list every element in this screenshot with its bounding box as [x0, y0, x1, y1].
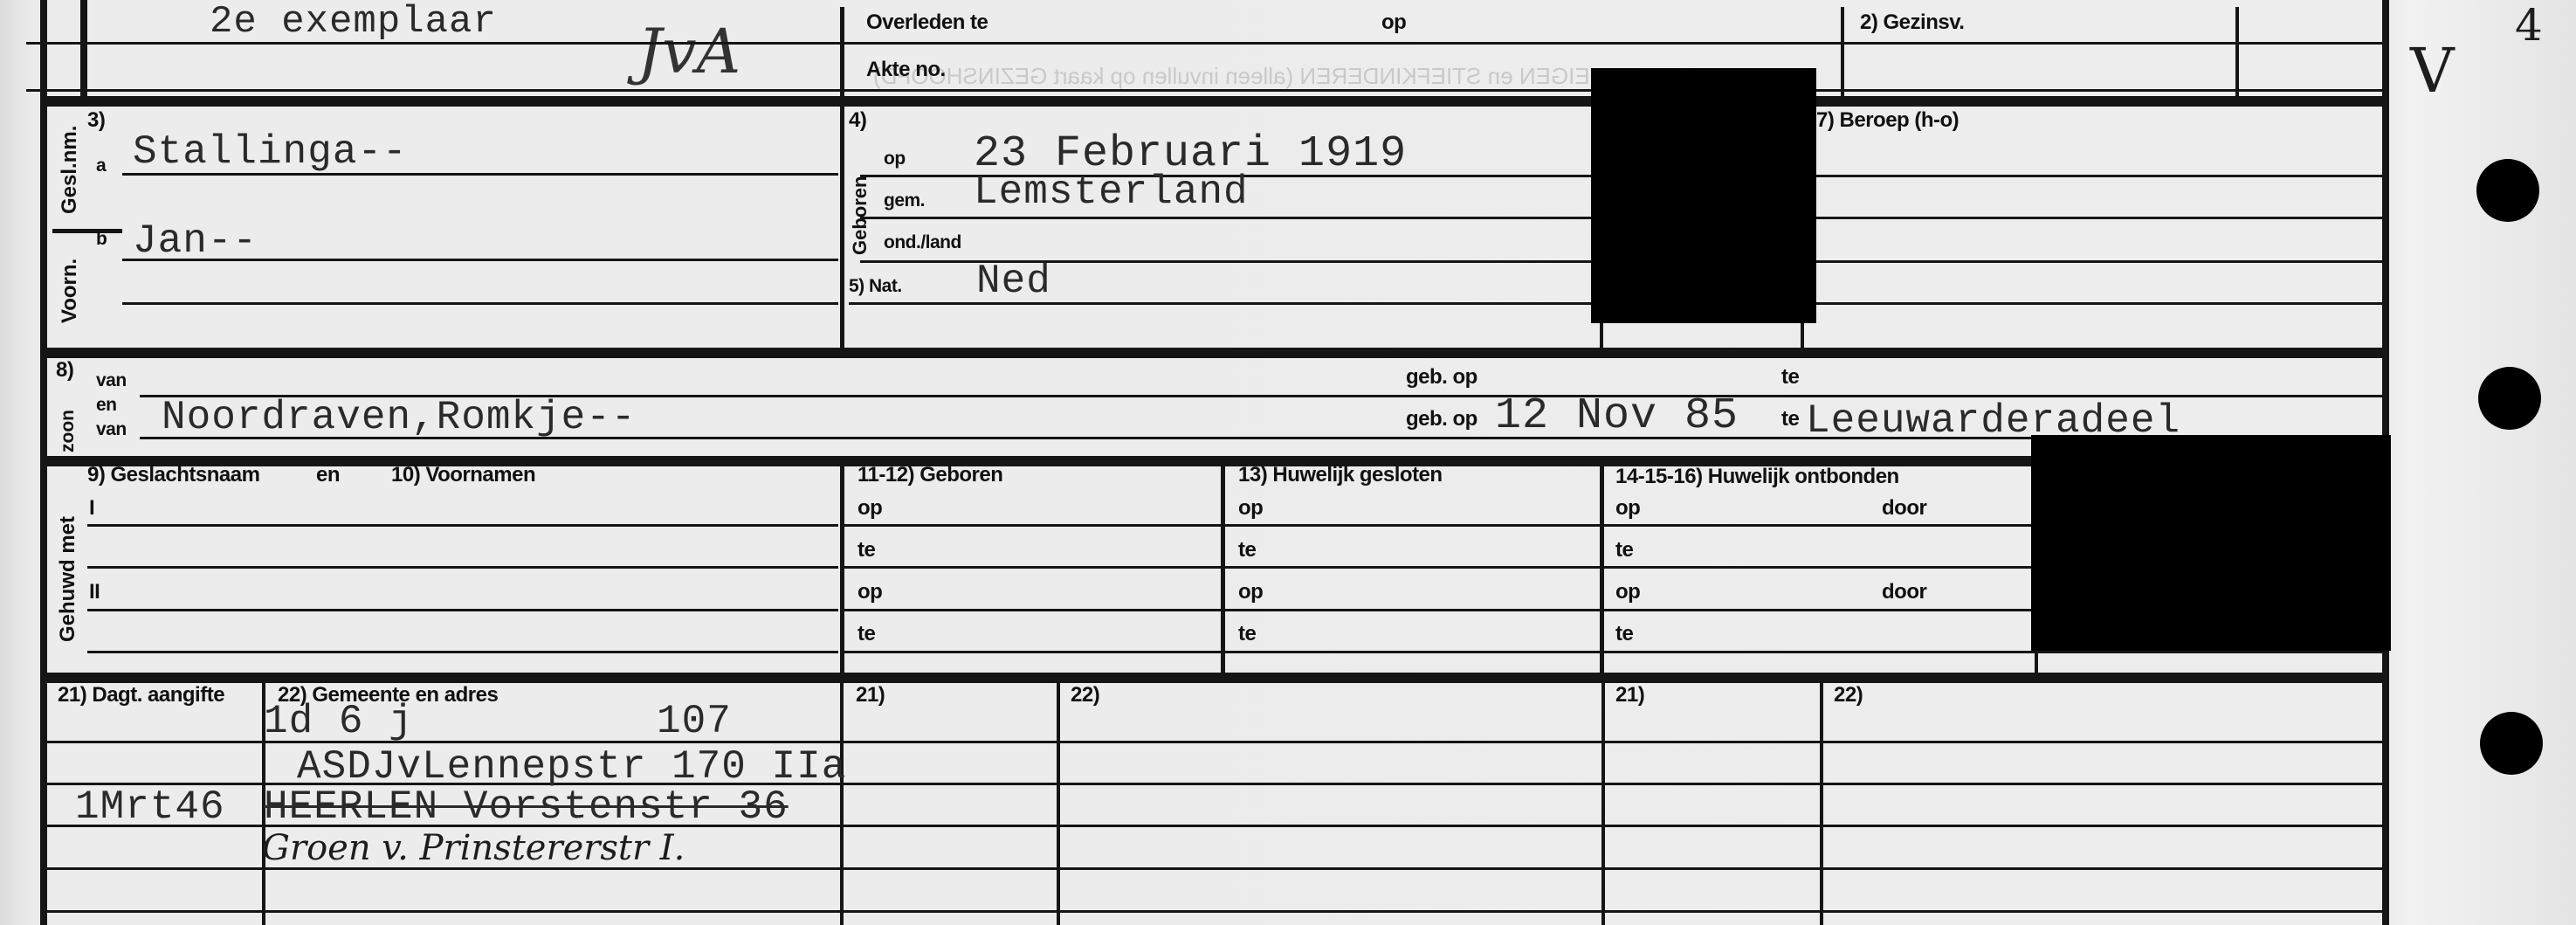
akte-no-label: Akte no.	[866, 58, 946, 82]
person-record-card: EIGEN en STIEFKINDEREN (alleen invullen …	[0, 0, 2576, 925]
voornamen-value[interactable]: Jan--	[133, 218, 258, 264]
header-bottom-rule	[44, 96, 2384, 107]
punch-hole-2	[2478, 367, 2541, 430]
gehuwd-met-side-label: Gehuwd met	[56, 516, 80, 642]
copy-label: 2e exemplaar	[210, 0, 497, 44]
beroep-line-1	[1816, 175, 2382, 177]
geboren-col-te-1: te	[858, 538, 875, 563]
overleden-te-label: Overleden te	[866, 10, 988, 35]
vader-geb-te-label: te	[1781, 365, 1799, 390]
margin-mark-v: V	[2410, 35, 2455, 107]
beroep-line-4	[1816, 302, 2382, 305]
punch-hole-1	[2476, 159, 2539, 222]
ontbonden-col-te-2: te	[1615, 622, 1633, 646]
initials-mark: JvA	[637, 16, 740, 87]
header-divider-gezinsv	[1841, 7, 1844, 99]
geboren-op-label: op	[884, 148, 906, 169]
geslachtsnaam-line	[122, 173, 838, 176]
ouders-en-label: en	[96, 395, 117, 416]
adres-divider-3	[1057, 681, 1060, 925]
adres-entry-1-extra[interactable]: 107	[657, 699, 732, 744]
adres-entry-2[interactable]: ASDJvLennepstr 170 IIa	[297, 744, 846, 790]
geboren-gem-label: gem.	[884, 190, 925, 211]
show-through-text: EIGEN en STIEFKINDEREN (alleen invullen …	[873, 63, 1590, 90]
geboren-side-label: Geboren	[849, 176, 871, 255]
nat-value[interactable]: Ned	[976, 259, 1051, 304]
col22b-header: 22)	[1071, 683, 1099, 708]
side-label-divider	[52, 229, 122, 233]
gehuwd-divider-2	[1221, 461, 1225, 678]
voornamen-header: 10) Voornamen	[391, 463, 535, 487]
header-divider-right	[2235, 7, 2239, 99]
geboren-gem-line	[860, 217, 1594, 219]
nat-line	[849, 302, 1594, 305]
adres-entry-3[interactable]: HEERLEN Vorstenstr 36	[264, 784, 789, 830]
section-8-number: 8)	[56, 358, 73, 383]
gehuwd-line-1	[87, 524, 838, 527]
gehuwd-divider-1	[840, 461, 844, 678]
voornamen-line-2	[122, 302, 838, 305]
geboren-col-op-2: op	[858, 580, 882, 604]
gesloten-col-op-1: op	[1238, 496, 1263, 521]
gesloten-col-te-1: te	[1238, 538, 1256, 563]
voornamen-line-1	[122, 259, 838, 261]
overleden-op-label: op	[1381, 10, 1406, 35]
geslachtsnaam-a-label: a	[96, 155, 106, 176]
moeder-value[interactable]: Noordraven,Romkje--	[162, 395, 637, 440]
adres-divider-4	[1601, 681, 1605, 925]
geboren-col-te-2: te	[858, 622, 875, 646]
gehuwd-line-3	[87, 609, 838, 611]
vader-geb-op-label: geb. op	[1406, 365, 1477, 390]
nat-label: 5) Nat.	[849, 276, 902, 297]
ontbonden-col-door-1: door	[1882, 496, 1926, 521]
gehuwd-divider-3	[1600, 461, 1604, 678]
header-row-line-2	[26, 89, 2384, 92]
ontbonden-col-door-2: door	[1882, 580, 1926, 604]
redaction-box-1	[1591, 68, 1816, 323]
gehuwd-en-label: en	[316, 463, 340, 487]
beroep-line-2	[1816, 217, 2382, 219]
adres-divider-2	[840, 681, 844, 925]
punch-hole-3	[2480, 712, 2543, 775]
gezinsv-label: 2) Gezinsv.	[1860, 10, 1964, 35]
moeder-geb-op-value[interactable]: 12 Nov 85	[1495, 391, 1739, 441]
margin-mark-4: 4	[2515, 0, 2543, 51]
moeder-geb-te-label: te	[1781, 407, 1799, 431]
zoon-side-label: zoon	[58, 410, 79, 452]
gehuwd-line-4	[87, 651, 838, 653]
header-row-line-1	[26, 42, 2384, 45]
adres-divider-5	[1820, 681, 1823, 925]
geslachtsnaam-header: 9) Geslachtsnaam	[87, 463, 259, 487]
gesloten-col-op-2: op	[1238, 580, 1263, 604]
row-I-label: I	[89, 496, 94, 521]
geboren-gem-value[interactable]: Lemsterland	[974, 169, 1249, 215]
moeder-geb-op-label: geb. op	[1406, 407, 1477, 431]
voorn-side-label: Voorn.	[58, 259, 82, 323]
header-divider-main	[840, 7, 844, 99]
ontbonden-col-te-1: te	[1615, 538, 1633, 563]
section-divider-main	[840, 103, 844, 349]
geboren-col-header: 11-12) Geboren	[858, 463, 1002, 487]
gehuwd-bottom-rule	[44, 673, 2384, 683]
section-4-number: 4)	[849, 108, 866, 133]
ontbonden-col-op-2: op	[1615, 580, 1640, 604]
gehuwd-right-line-4	[843, 651, 2384, 653]
beroep-label: 7) Beroep (h-o)	[1816, 108, 1959, 133]
vader-van-label: van	[96, 370, 127, 391]
dagt-aangifte-header: 21) Dagt. aangifte	[58, 683, 224, 708]
gesloten-col-te-2: te	[1238, 622, 1256, 646]
gehuwd-line-2	[87, 566, 838, 569]
ontbonden-col-header: 14-15-16) Huwelijk ontbonden	[1615, 465, 1899, 489]
geslachtsnaam-value[interactable]: Stallinga--	[133, 129, 408, 175]
geboren-col-op-1: op	[858, 496, 882, 521]
ontbonden-col-op-1: op	[1615, 496, 1640, 521]
row-II-label: II	[89, 580, 100, 604]
frame-left-inner	[80, 0, 87, 98]
col21b-header: 21)	[856, 683, 885, 708]
section-3-number: 3)	[87, 108, 105, 133]
col22c-header: 22)	[1834, 683, 1863, 708]
gesl-nm-side-label: Gesl.nm.	[58, 126, 82, 214]
voornamen-b-label: b	[96, 229, 107, 250]
ond-land-label: ond./land	[884, 232, 961, 253]
adres-entry-4-handwritten[interactable]: Groen v. Prinstererstr I.	[262, 828, 685, 868]
beroep-line-3	[1816, 260, 2382, 263]
redaction-box-2	[2031, 435, 2391, 651]
col21c-header: 21)	[1615, 683, 1644, 708]
adres-entry-1[interactable]: 1d 6 j	[264, 699, 414, 744]
moeder-van-label: van	[96, 419, 127, 440]
adres-line-5	[45, 910, 2382, 913]
section-3-bottom-rule	[44, 348, 2384, 358]
ond-land-line	[860, 260, 1594, 263]
adres-entry-3-datum[interactable]: 1Mrt46	[75, 784, 225, 830]
gesloten-col-header: 13) Huwelijk gesloten	[1238, 463, 1443, 487]
